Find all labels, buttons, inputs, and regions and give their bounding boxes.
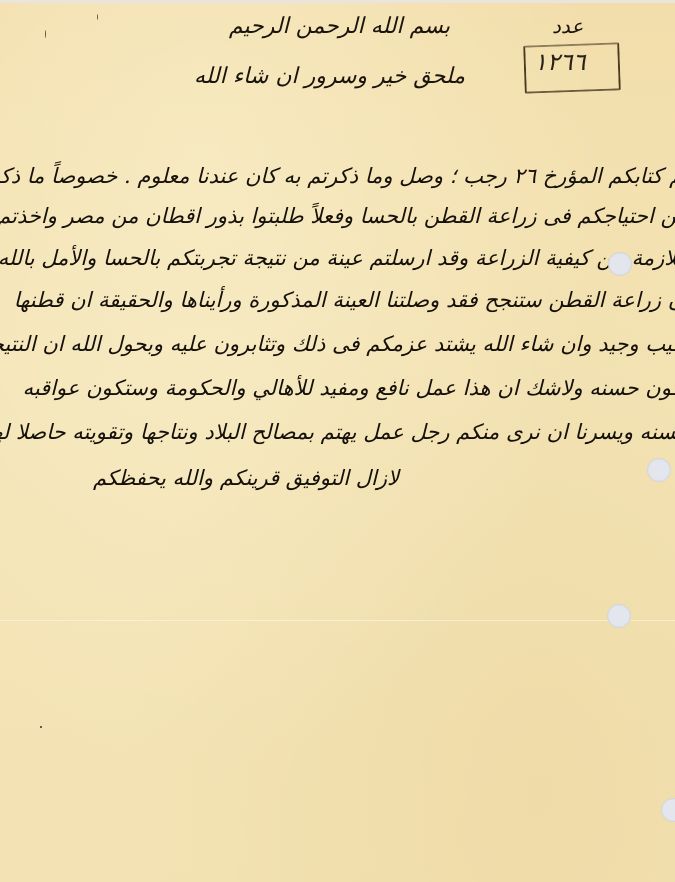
body-line-5: طيب وجيد وان شاء الله يشتد عزمكم فى ذلك … [0,332,675,356]
body-line-7: حسنه ويسرنا ان نرى منكم رجل عمل يهتم بمص… [0,420,675,444]
ink-speck [97,14,98,20]
body-line-2: عن احتياجكم فى زراعة القطن بالحسا وفعلاً… [0,204,675,228]
reference-number-label: عدد [552,14,583,38]
reference-number-block: عدد ١٢٦٦ [520,10,630,95]
punch-hole-2 [647,458,671,482]
body-line-1: تم كتابكم المؤرخ ٢٦ رجب ؛ وصل وما ذكرتم … [0,164,675,188]
body-line-6: تكون حسنه ولاشك ان هذا عمل نافع ومفيد لل… [23,376,675,400]
punch-hole-4 [661,798,675,822]
body-line-8-closing: لازال التوفيق قرينكم والله يحفظكم [93,466,399,490]
reference-number-value: ١٢٦٦ [534,48,586,76]
basmala-header: بسم الله الرحمن الرحيم [270,14,450,39]
body-line-4: ان زراعة القطن ستنجح فقد وصلتنا العينة ا… [14,288,675,312]
ink-speck [45,30,46,38]
letter-page: بسم الله الرحمن الرحيم ملحق خير وسرور ان… [0,0,675,882]
punch-hole-3 [607,604,631,628]
punch-hole-1 [608,252,632,276]
body-line-3: اللازمة عن كيفية الزراعة وقد ارسلتم عينة… [0,246,675,270]
scan-top-edge [0,0,675,3]
ink-speck [40,726,42,728]
paper-fold-line [0,620,675,621]
letter-subtitle: ملحق خير وسرور ان شاء الله [215,64,465,89]
